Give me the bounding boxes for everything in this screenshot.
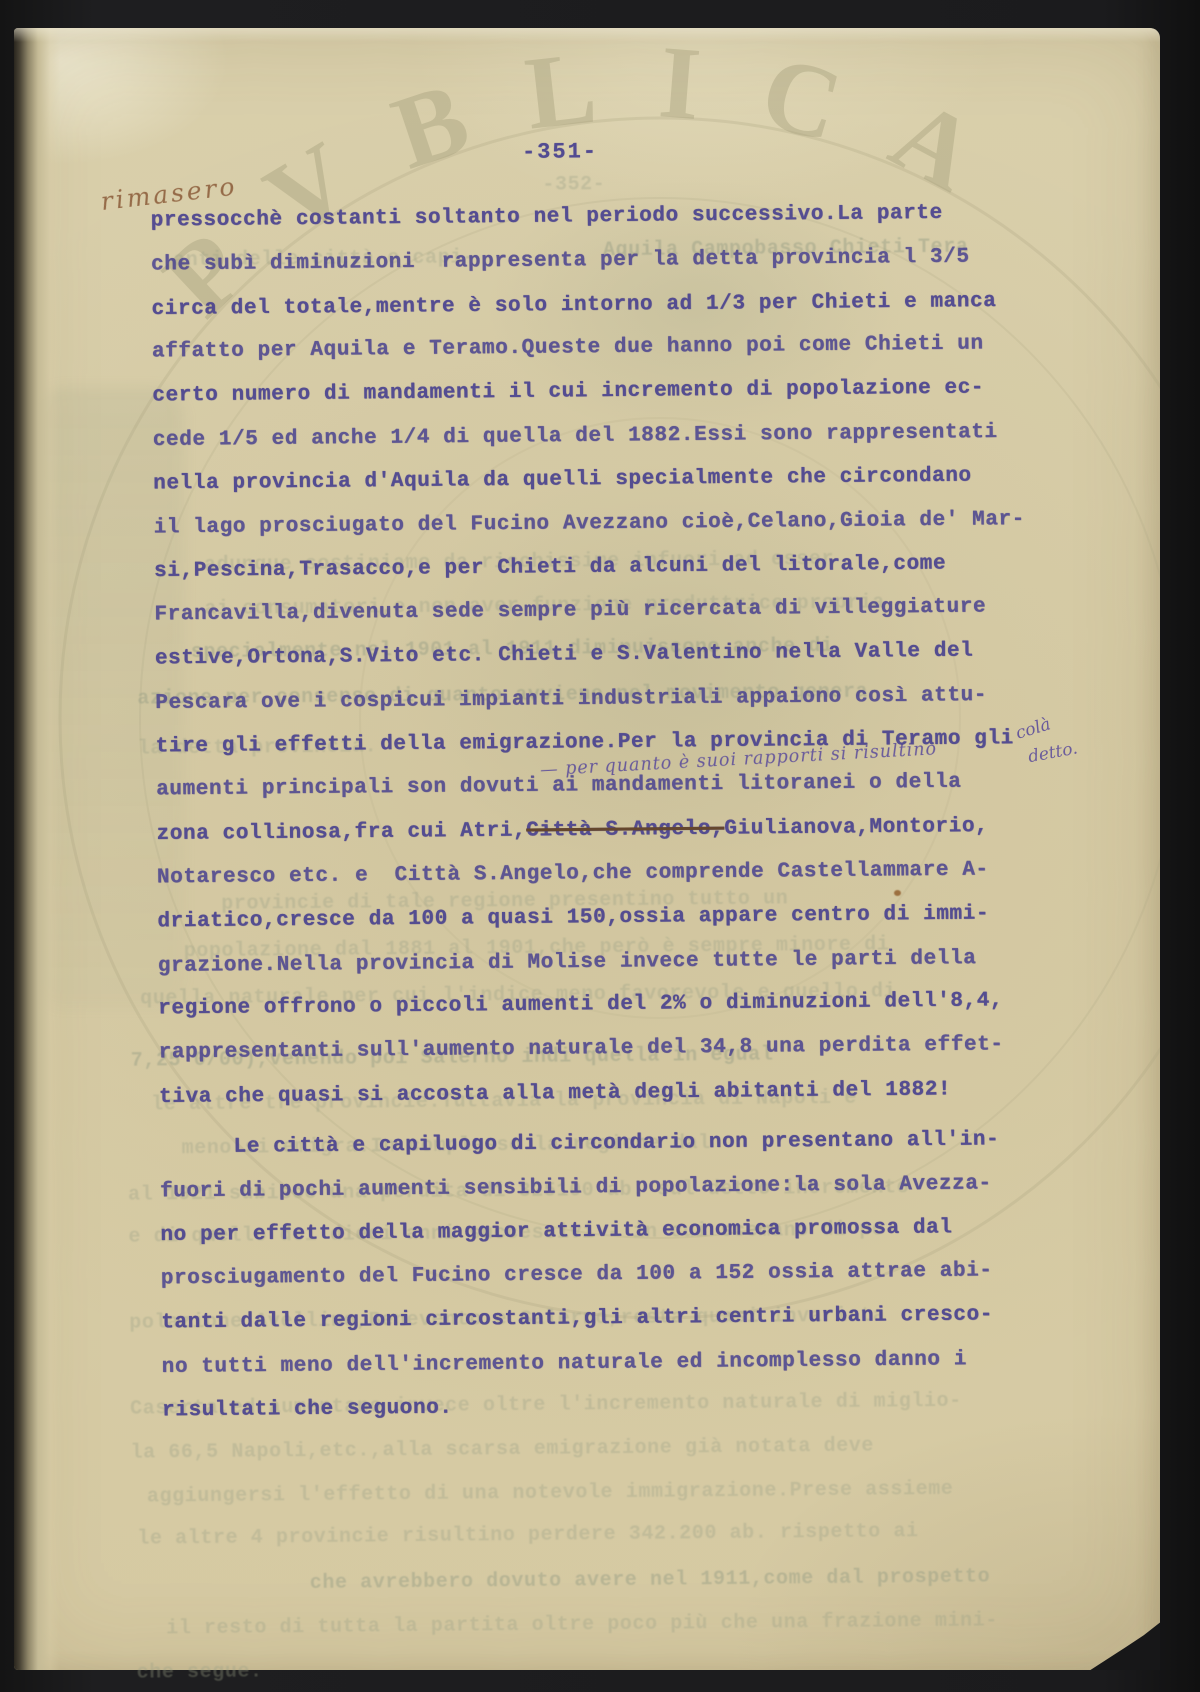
- bleedthrough-line: il resto di tutta la partita oltre poco …: [166, 1609, 998, 1640]
- typed-text-block: pressocchè costanti soltanto nel periodo…: [150, 190, 1162, 1433]
- struck-text: Città S.Angelo,: [526, 818, 724, 843]
- scanned-document-photo: PVBLICA -352- anti delle città e capi- A…: [0, 0, 1200, 1692]
- page-content: -352- anti delle città e capi- Aquila Ca…: [13, 18, 1175, 1671]
- document-page: PVBLICA -352- anti delle città e capi- A…: [14, 28, 1160, 1670]
- bleedthrough-line: -352-: [542, 173, 605, 197]
- page-number: -351-: [460, 139, 660, 166]
- paragraph-2: Le città e capiluogo di circondario non …: [159, 1117, 1162, 1433]
- bleedthrough-line: aggiungersi l'effetto di una notevole im…: [147, 1478, 954, 1509]
- bleedthrough-line: che avrebbero dovuto avere nel 1911,come…: [310, 1565, 991, 1595]
- typed-line: risultati che seguono.: [162, 1379, 1162, 1432]
- typed-line: tiva che quasi si accosta alla metà degl…: [159, 1066, 1159, 1119]
- bleedthrough-line: la 66,5 Napoli,etc.,alla scarsa emigrazi…: [130, 1435, 874, 1465]
- bleedthrough-line: le altre 4 provincie risultino perdere 3…: [137, 1520, 919, 1550]
- typed-text: zona collinosa,fra cui Atri,: [156, 820, 526, 847]
- typed-text: Giulianova,Montorio,: [724, 815, 988, 841]
- bleedthrough-line: che segue.: [137, 1660, 263, 1684]
